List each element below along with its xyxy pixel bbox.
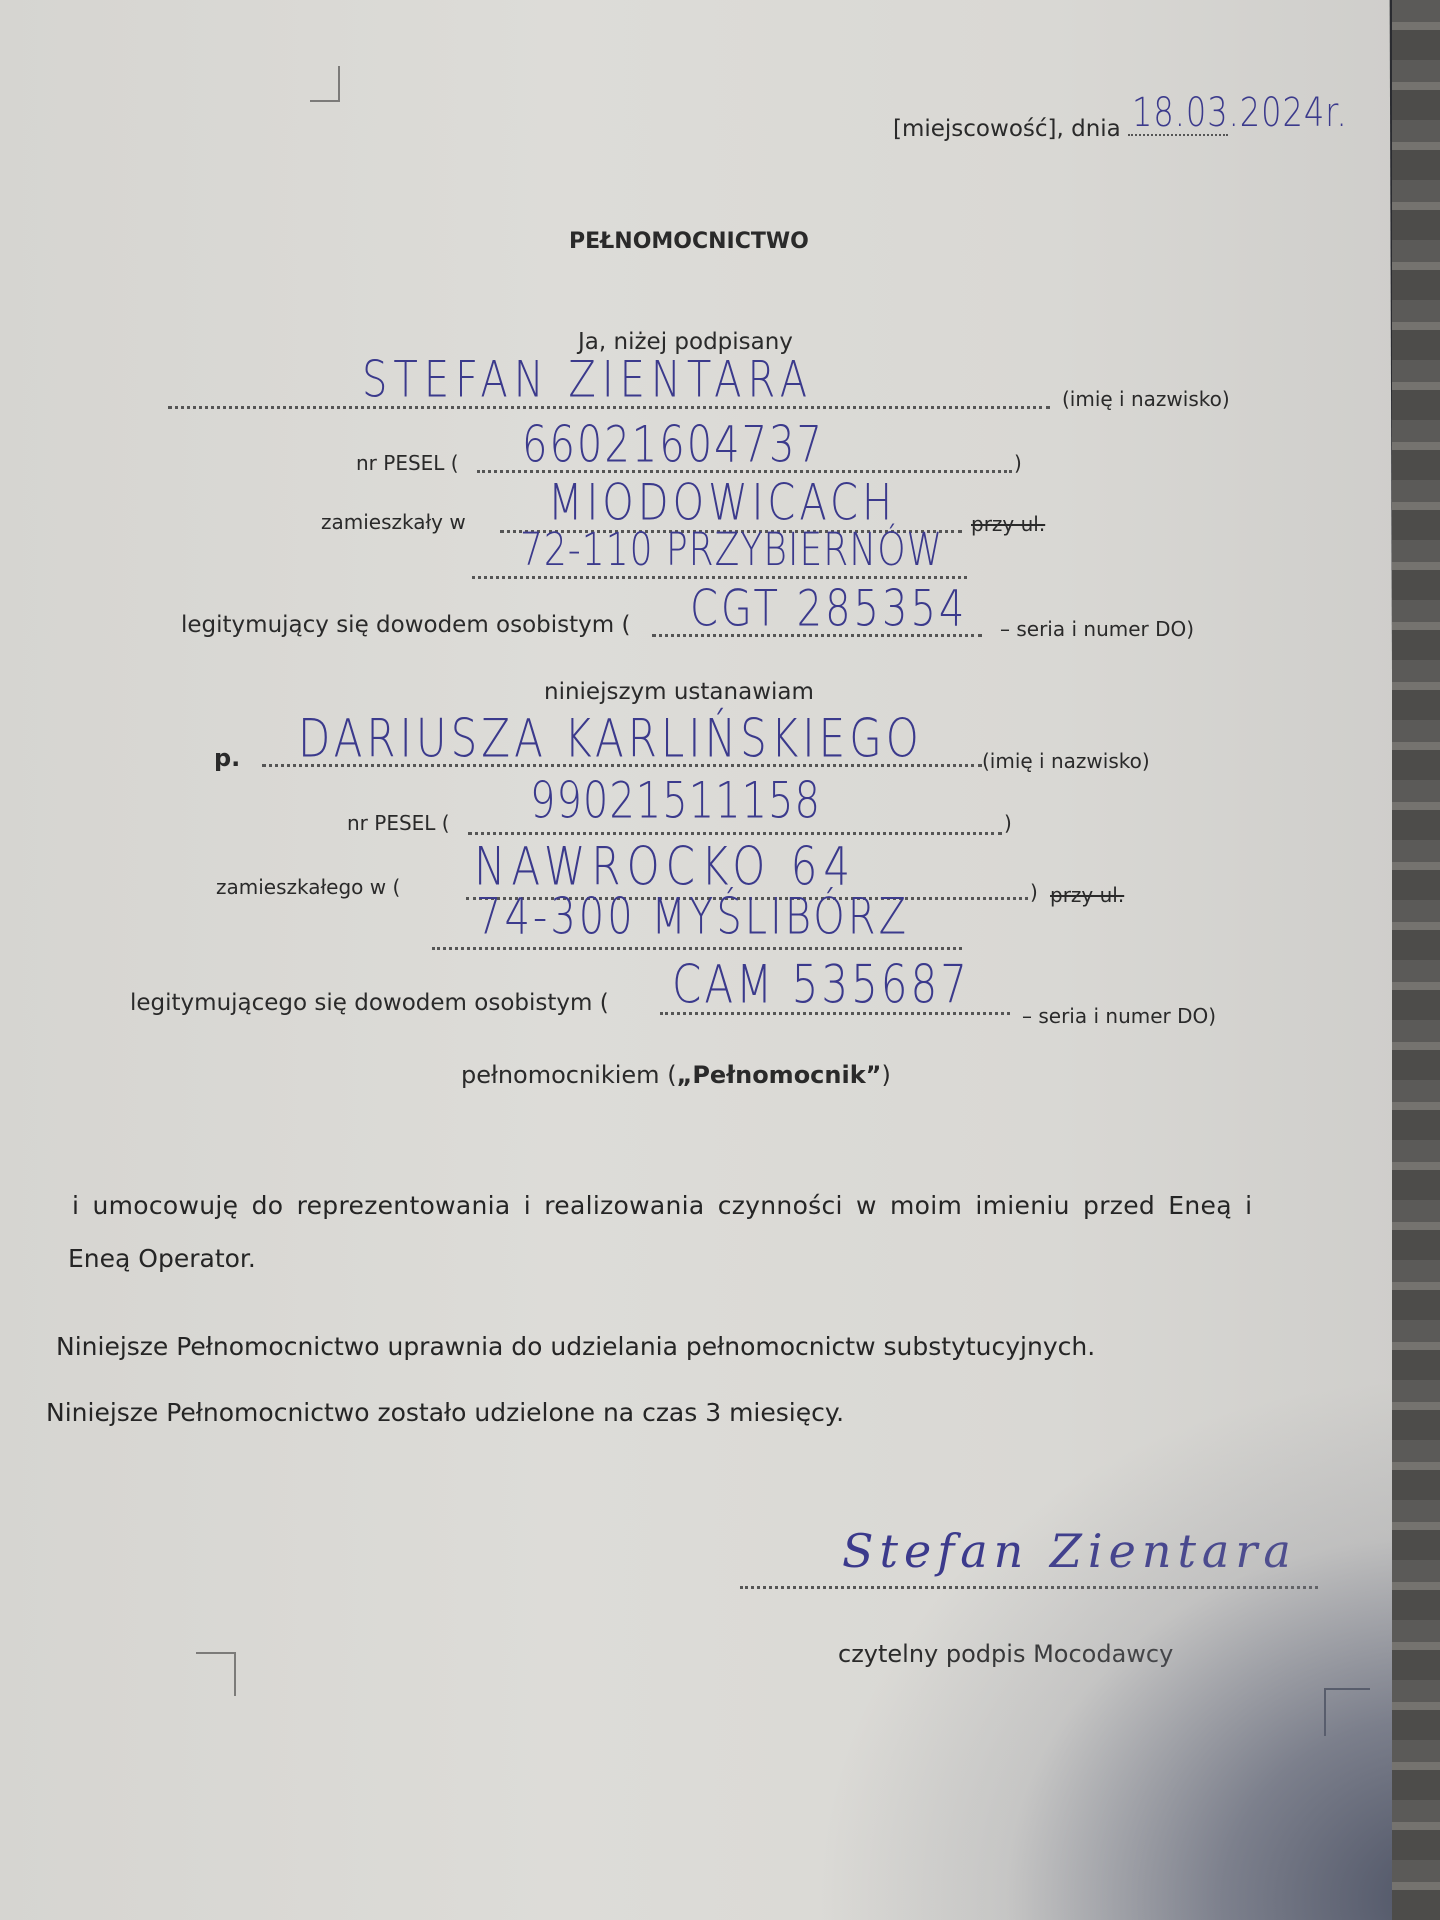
role-prefix: pełnomocnikiem ( bbox=[461, 1061, 677, 1089]
attorney-name-hint: (imię i nazwisko) bbox=[982, 749, 1150, 773]
paragraph-authorization-line1: i umocowuję do reprezentowania i realizo… bbox=[72, 1191, 1252, 1220]
corner-mark-bottom-left bbox=[196, 1652, 236, 1696]
signature-dotted-line bbox=[740, 1586, 1318, 1589]
principal-id-handwritten: CGT 285354 bbox=[690, 581, 967, 639]
principal-pesel-label: nr PESEL ( bbox=[356, 451, 459, 475]
paragraph-authorization-line2: Eneą Operator. bbox=[68, 1244, 256, 1273]
document-sheet: [miejscowość], dnia 18.03.2024r. PEŁNOMO… bbox=[0, 0, 1400, 1920]
attorney-id-label: legitymującego się dowodem osobistym ( bbox=[130, 990, 609, 1016]
principal-residence-line2-dotted-line bbox=[472, 576, 967, 579]
attorney-pesel-handwritten: 99021511158 bbox=[530, 773, 821, 831]
principal-id-hint: – seria i numer DO) bbox=[1000, 617, 1194, 641]
attorney-id-handwritten: CAM 535687 bbox=[672, 954, 970, 1015]
signature-label: czytelny podpis Mocodawcy bbox=[838, 1640, 1173, 1668]
principal-residence-line2-handwritten: 72-110 PRZYBIERNÓW bbox=[520, 525, 943, 576]
attorney-id-hint: – seria i numer DO) bbox=[1022, 1004, 1216, 1028]
corner-mark-bottom-right bbox=[1324, 1688, 1370, 1736]
attorney-prefix: p. bbox=[214, 744, 240, 772]
attorney-pesel-dotted-line bbox=[468, 832, 1002, 835]
principal-residence-label: zamieszkały w bbox=[321, 510, 466, 534]
attorney-pesel-label: nr PESEL ( bbox=[347, 811, 450, 835]
attorney-residence-suffix-struck: przy ul. bbox=[1050, 883, 1124, 907]
document-title: PEŁNOMOCNICTWO bbox=[569, 229, 809, 254]
background-surface bbox=[1392, 0, 1440, 1920]
role-line: pełnomocnikiem („Pełnomocnik”) bbox=[461, 1061, 891, 1089]
paragraph-substitution: Niniejsze Pełnomocnictwo uprawnia do udz… bbox=[56, 1332, 1095, 1361]
attorney-residence-label: zamieszkałego w ( bbox=[216, 875, 400, 899]
principal-name-handwritten: STEFAN ZIENTARA bbox=[362, 352, 813, 410]
principal-pesel-close: ) bbox=[1014, 451, 1022, 475]
principal-name-hint: (imię i nazwisko) bbox=[1062, 387, 1230, 411]
role-suffix: ) bbox=[881, 1061, 890, 1089]
attorney-pesel-close: ) bbox=[1004, 811, 1012, 835]
principal-id-label: legitymujący się dowodem osobistym ( bbox=[181, 612, 630, 638]
paragraph-duration: Niniejsze Pełnomocnictwo zostało udzielo… bbox=[46, 1398, 844, 1427]
place-date-label: [miejscowość], dnia bbox=[893, 116, 1121, 142]
signature-handwritten: Stefan Zientara bbox=[842, 1524, 1297, 1578]
date-handwritten: 18.03.2024r. bbox=[1132, 89, 1348, 137]
role-quote: „Pełnomocnik” bbox=[677, 1061, 882, 1089]
attorney-name-handwritten: DARIUSZA KARLIŃSKIEGO bbox=[298, 708, 923, 769]
attorney-residence-line2-dotted-line bbox=[432, 947, 962, 950]
principal-residence-suffix-struck: przy ul. bbox=[971, 512, 1045, 536]
corner-mark-top-left bbox=[310, 66, 340, 102]
appoint-text: niniejszym ustanawiam bbox=[544, 679, 814, 705]
principal-pesel-handwritten: 66021604737 bbox=[522, 417, 824, 475]
attorney-residence-line2-handwritten: 74-300 MYŚLIBÓRZ bbox=[476, 889, 909, 947]
principal-residence-line1-handwritten: MIODOWICACH bbox=[548, 475, 896, 533]
attorney-residence-close: ) bbox=[1030, 880, 1038, 904]
